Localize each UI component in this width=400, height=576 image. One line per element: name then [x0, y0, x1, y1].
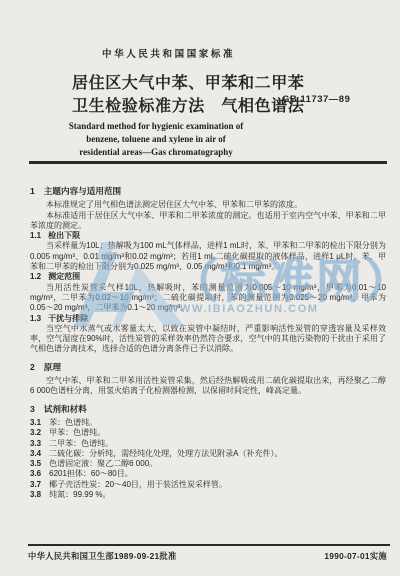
- paragraph: 当用活性炭管采气样10L，热解吸时，苯的测量范围为0.005～10 mg/m³，…: [30, 283, 386, 314]
- item-number: 3.8: [30, 490, 41, 499]
- document-title-line2: 卫生检验标准方法 气相色谱法: [72, 93, 304, 116]
- list-item: 3.5色谱固定液：聚乙二醇6 000。: [30, 459, 386, 469]
- list-item: 3.7椰子壳活性炭：20～40目，用于装活性炭采样管。: [30, 480, 386, 490]
- list-item: 3.8纯氮：99.99 %。: [30, 490, 386, 500]
- subsection-heading: 1.2测定范围: [30, 272, 386, 282]
- english-title-line1: Standard method for hygienic examination…: [58, 120, 254, 133]
- section-title: 原理: [44, 362, 61, 372]
- subsection-heading: 1.1检出下限: [30, 231, 386, 241]
- english-title-line2: benzene, toluene and xylene in air of: [58, 133, 254, 146]
- implementation-date: 1990-07-01实施: [324, 550, 387, 562]
- header-divider-rule: [29, 161, 387, 164]
- subsection-heading: 1.3干扰与排除: [30, 314, 386, 324]
- item-text: 甲苯：色谱纯。: [49, 428, 105, 437]
- item-number: 3.4: [30, 449, 41, 458]
- item-text: 二硫化碳：分析纯，需经纯化处理，处理方法见附录A（补充件）。: [49, 449, 282, 458]
- subsection-title: 检出下限: [48, 231, 80, 240]
- section-number: 2: [30, 362, 35, 372]
- item-text: 色谱固定液：聚乙二醇6 000。: [49, 459, 157, 468]
- item-text: 二甲苯：色谱纯。: [49, 439, 113, 448]
- item-number: 3.5: [30, 459, 41, 468]
- approval-note: 中华人民共和国卫生部1989-09-21批准: [28, 550, 177, 562]
- national-standard-header: 中华人民共和国国家标准: [102, 46, 235, 60]
- item-number: 3.2: [30, 428, 41, 437]
- subsection-title: 干扰与排除: [48, 314, 88, 323]
- paragraph: 本标准规定了用气相色谱法测定居住区大气中苯、甲苯和二甲苯的浓度。: [30, 200, 386, 210]
- document-body: 1主题内容与适用范围 本标准规定了用气相色谱法测定居住区大气中苯、甲苯和二甲苯的…: [30, 179, 386, 500]
- list-item: 3.2甲苯：色谱纯。: [30, 428, 386, 438]
- item-text: 苯：色谱纯。: [49, 418, 97, 427]
- item-number: 3.1: [30, 418, 41, 427]
- list-item: 3.4二硫化碳：分析纯，需经纯化处理，处理方法见附录A（补充件）。: [30, 449, 386, 459]
- item-text: 椰子壳活性炭：20～40目，用于装活性炭采样管。: [49, 480, 227, 489]
- list-item: 3.3二甲苯：色谱纯。: [30, 439, 386, 449]
- paragraph: 当空气中水蒸气或水雾量太大，以致在炭管中凝结时，严重影响活性炭管的穿透容量及采样…: [30, 324, 386, 355]
- section-number: 3: [30, 404, 35, 414]
- paragraph: 本标准适用于居住区大气中苯、甲苯和二甲苯浓度的测定。也适用于室内空气中苯、甲苯和…: [30, 211, 386, 232]
- list-item: 3.1苯：色谱纯。: [30, 418, 386, 428]
- list-item: 3.66201担体：60～80目。: [30, 469, 386, 479]
- subsection-number: 1.3: [30, 314, 41, 323]
- section-heading: 2原理: [30, 362, 386, 372]
- item-number: 3.7: [30, 480, 41, 489]
- subsection-number: 1.1: [30, 231, 41, 240]
- section-heading: 1主题内容与适用范围: [30, 186, 386, 196]
- paragraph: 空气中苯、甲苯和二甲苯用活性炭管采集，然后经热解吸或用二硫化碳提取出来，再经聚乙…: [30, 376, 386, 397]
- item-number: 3.3: [30, 439, 41, 448]
- section-title: 试剂和材料: [44, 404, 87, 414]
- item-number: 3.6: [30, 469, 41, 478]
- scanned-standard-page: 中华人民共和国国家标准 居住区大气中苯、甲苯和二甲苯 卫生检验标准方法 气相色谱…: [0, 0, 400, 576]
- item-text: 6201担体：60～80目。: [49, 469, 133, 478]
- subsection-number: 1.2: [30, 272, 41, 281]
- english-title-line3: residential areas—Gas chromatography: [58, 146, 254, 159]
- document-title-line1: 居住区大气中苯、甲苯和二甲苯: [72, 70, 304, 93]
- section-number: 1: [30, 186, 35, 196]
- subsection-title: 测定范围: [48, 272, 80, 281]
- item-text: 纯氮：99.99 %。: [49, 490, 110, 499]
- section-heading: 3试剂和材料: [30, 404, 386, 414]
- footer-divider-rule: [28, 544, 390, 546]
- section-title: 主题内容与适用范围: [44, 186, 121, 196]
- standard-number: GB 11737—89: [282, 94, 350, 105]
- english-title: Standard method for hygienic examination…: [58, 120, 254, 159]
- paragraph: 当采样量为10L；热解吸为100 mL气体样品，进样1 mL时，苯、甲苯和二甲苯…: [30, 241, 386, 272]
